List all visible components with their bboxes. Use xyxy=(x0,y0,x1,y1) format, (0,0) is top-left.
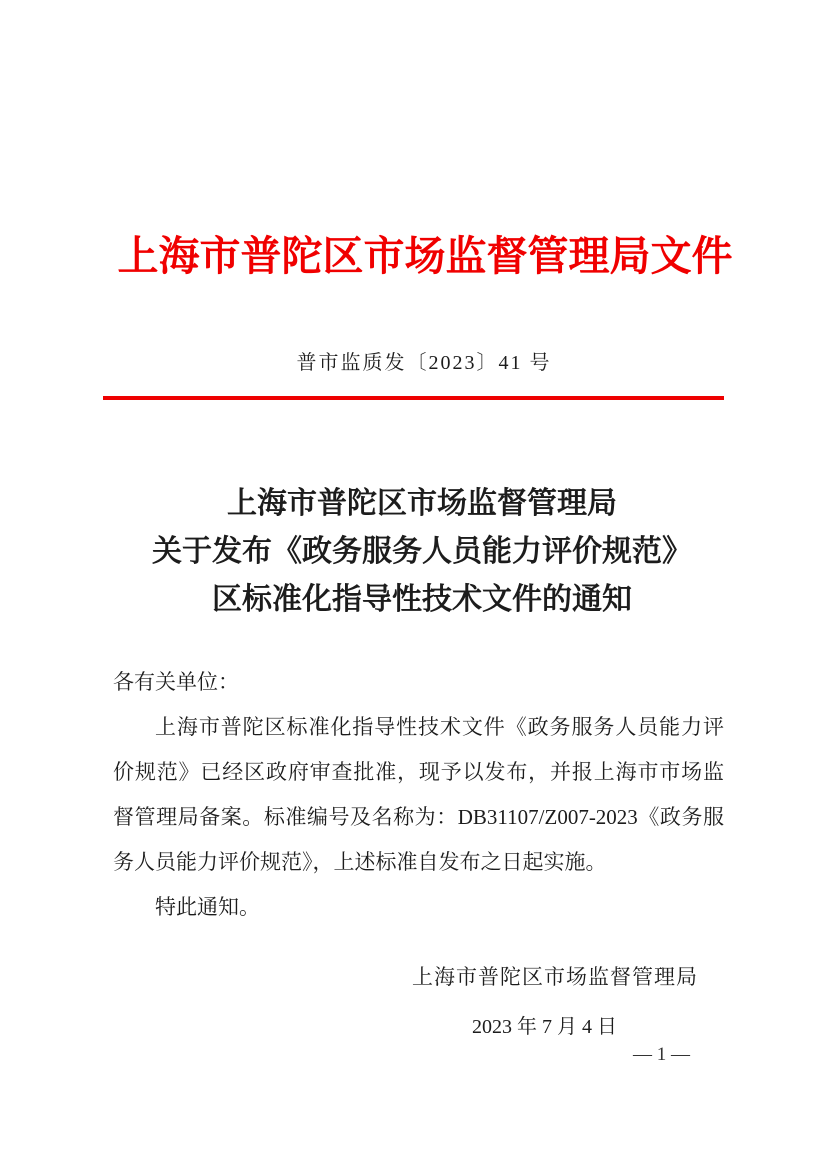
red-divider-rule xyxy=(103,396,724,400)
paragraph-line: 督管理局备案。标准编号及名称为：DB31107/Z007-2023《政务服 xyxy=(113,795,724,840)
notice-title-line-2: 关于发布《政务服务人员能力评价规范》 xyxy=(9,528,826,576)
agency-banner-title: 上海市普陀区市场监督管理局文件 xyxy=(12,230,826,282)
notice-body: 各有关单位： 上海市普陀区标准化指导性技术文件《政务服务人员能力评 价规范》已经… xyxy=(113,660,724,930)
paragraph-line: 价规范》已经区政府审查批准，现予以发布，并报上海市市场监 xyxy=(113,750,724,795)
page-number: — 1 — xyxy=(633,1044,690,1066)
notice-title-line-1: 上海市普陀区市场监督管理局 xyxy=(9,480,826,528)
official-document-page: 上海市普陀区市场监督管理局文件 普市监质发〔2023〕41 号 上海市普陀区市场… xyxy=(0,0,826,1169)
signature-date: 2023 年 7 月 4 日 xyxy=(472,1014,617,1040)
paragraph-line: 务人员能力评价规范》，上述标准自发布之日起实施。 xyxy=(113,840,724,885)
signature-agency: 上海市普陀区市场监督管理局 xyxy=(412,963,698,991)
notice-title: 上海市普陀区市场监督管理局 关于发布《政务服务人员能力评价规范》 区标准化指导性… xyxy=(9,480,826,624)
closing-line: 特此通知。 xyxy=(113,885,724,930)
paragraph-line: 上海市普陀区标准化指导性技术文件《政务服务人员能力评 xyxy=(113,705,724,750)
notice-title-line-3: 区标准化指导性技术文件的通知 xyxy=(9,576,826,624)
document-number: 普市监质发〔2023〕41 号 xyxy=(11,349,826,377)
salutation-line: 各有关单位： xyxy=(113,660,724,705)
